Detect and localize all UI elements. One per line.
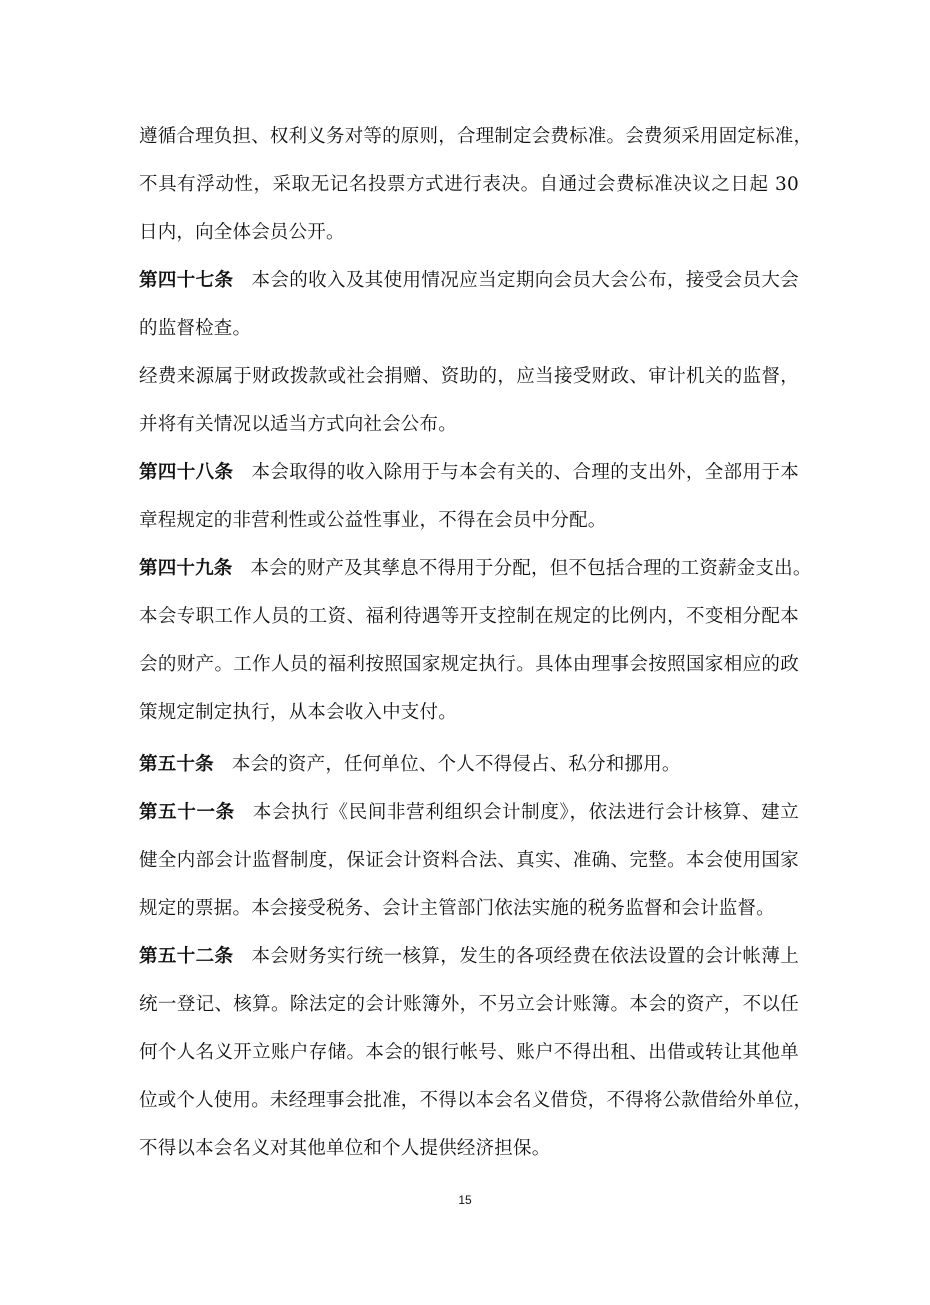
- text-line: 策规定制定执行，从本会收入中支付。: [139, 701, 799, 725]
- line-text: 并将有关情况以适当方式向社会公布。: [139, 414, 457, 435]
- article-label: 第四十八条: [139, 462, 233, 483]
- line-text: 的监督检查。: [139, 318, 251, 339]
- line-text: 本会的收入及其使用情况应当定期向会员大会公布，接受会员大会: [251, 270, 799, 291]
- line-text: 遵循合理负担、权利义务对等的原则，合理制定会费标准。会费须采用固定标准，: [139, 126, 812, 147]
- text-line: 章程规定的非营利性或公益性事业，不得在会员中分配。: [139, 509, 799, 533]
- line-text: 本会专职工作人员的工资、福利待遇等开支控制在规定的比例内，不变相分配本: [139, 606, 799, 627]
- text-line: 本会专职工作人员的工资、福利待遇等开支控制在规定的比例内，不变相分配本: [139, 605, 799, 629]
- article-label: 第四十九条: [139, 558, 233, 579]
- text-line: 的监督检查。: [139, 317, 799, 341]
- line-text: 日内，向全体会员公开。: [139, 222, 345, 243]
- line-text: 本会财务实行统一核算，发生的各项经费在依法设置的会计帐薄上: [251, 946, 799, 967]
- text-line: 会的财产。工作人员的福利按照国家规定执行。具体由理事会按照国家相应的政: [139, 653, 799, 677]
- article-label: 第五十一条: [139, 802, 235, 823]
- article-50-heading-line: 第五十条本会的资产，任何单位、个人不得侵占、私分和挪用。: [139, 753, 799, 777]
- line-text: 何个人名义开立账户存储。本会的银行帐号、账户不得出租、出借或转让其他单: [139, 1042, 799, 1063]
- line-text: 健全内部会计监督制度，保证会计资料合法、真实、准确、完整。本会使用国家: [139, 850, 799, 871]
- line-text: 经费来源属于财政拨款或社会捐赠、资助的，应当接受财政、审计机关的监督，: [139, 366, 799, 387]
- article-49-heading-line: 第四十九条本会的财产及其孳息不得用于分配，但不包括合理的工资薪金支出。: [139, 557, 799, 581]
- text-line: 位或个人使用。未经理事会批准，不得以本会名义借贷，不得将公款借给外单位，: [139, 1089, 799, 1113]
- line-text: 本会取得的收入除用于与本会有关的、合理的支出外，全部用于本: [251, 462, 799, 483]
- article-51-heading-line: 第五十一条本会执行《民间非营利组织会计制度》，依法进行会计核算、建立: [139, 801, 799, 825]
- article-47-heading-line: 第四十七条本会的收入及其使用情况应当定期向会员大会公布，接受会员大会: [139, 269, 799, 293]
- line-text: 统一登记、核算。除法定的会计账簿外，不另立会计账簿。本会的资产，不以任: [139, 994, 799, 1015]
- text-line: 不得以本会名义对其他单位和个人提供经济担保。: [139, 1137, 799, 1161]
- article-label: 第五十二条: [139, 946, 233, 967]
- article-label: 第五十条: [139, 754, 214, 775]
- line-text: 本会执行《民间非营利组织会计制度》，依法进行会计核算、建立: [253, 802, 799, 823]
- text-line: 并将有关情况以适当方式向社会公布。: [139, 413, 799, 437]
- text-line: 健全内部会计监督制度，保证会计资料合法、真实、准确、完整。本会使用国家: [139, 849, 799, 873]
- line-text: 不得以本会名义对其他单位和个人提供经济担保。: [139, 1138, 550, 1159]
- line-text: 章程规定的非营利性或公益性事业，不得在会员中分配。: [139, 510, 607, 531]
- line-text: 规定的票据。本会接受税务、会计主管部门依法实施的税务监督和会计监督。: [139, 898, 775, 919]
- line-text: 会的财产。工作人员的福利按照国家规定执行。具体由理事会按照国家相应的政: [139, 654, 799, 675]
- line-text: 本会的财产及其孳息不得用于分配，但不包括合理的工资薪金支出。: [251, 558, 812, 579]
- text-line: 遵循合理负担、权利义务对等的原则，合理制定会费标准。会费须采用固定标准，: [139, 125, 799, 149]
- document-page: 遵循合理负担、权利义务对等的原则，合理制定会费标准。会费须采用固定标准， 不具有…: [0, 0, 930, 1305]
- text-line: 日内，向全体会员公开。: [139, 221, 799, 245]
- line-text: 位或个人使用。未经理事会批准，不得以本会名义借贷，不得将公款借给外单位，: [139, 1090, 812, 1111]
- article-48-heading-line: 第四十八条本会取得的收入除用于与本会有关的、合理的支出外，全部用于本: [139, 461, 799, 485]
- text-line: 规定的票据。本会接受税务、会计主管部门依法实施的税务监督和会计监督。: [139, 897, 799, 921]
- text-line: 不具有浮动性，采取无记名投票方式进行表决。自通过会费标准决议之日起 30: [139, 173, 799, 197]
- text-line: 何个人名义开立账户存储。本会的银行帐号、账户不得出租、出借或转让其他单: [139, 1041, 799, 1065]
- text-line: 经费来源属于财政拨款或社会捐赠、资助的，应当接受财政、审计机关的监督，: [139, 365, 799, 389]
- line-text: 不具有浮动性，采取无记名投票方式进行表决。自通过会费标准决议之日起 30: [139, 174, 799, 195]
- text-line: 统一登记、核算。除法定的会计账簿外，不另立会计账簿。本会的资产，不以任: [139, 993, 799, 1017]
- line-text: 策规定制定执行，从本会收入中支付。: [139, 702, 457, 723]
- article-52-heading-line: 第五十二条本会财务实行统一核算，发生的各项经费在依法设置的会计帐薄上: [139, 945, 799, 969]
- line-text: 本会的资产，任何单位、个人不得侵占、私分和挪用。: [232, 754, 681, 775]
- article-label: 第四十七条: [139, 270, 233, 291]
- page-number: 15: [0, 1193, 930, 1207]
